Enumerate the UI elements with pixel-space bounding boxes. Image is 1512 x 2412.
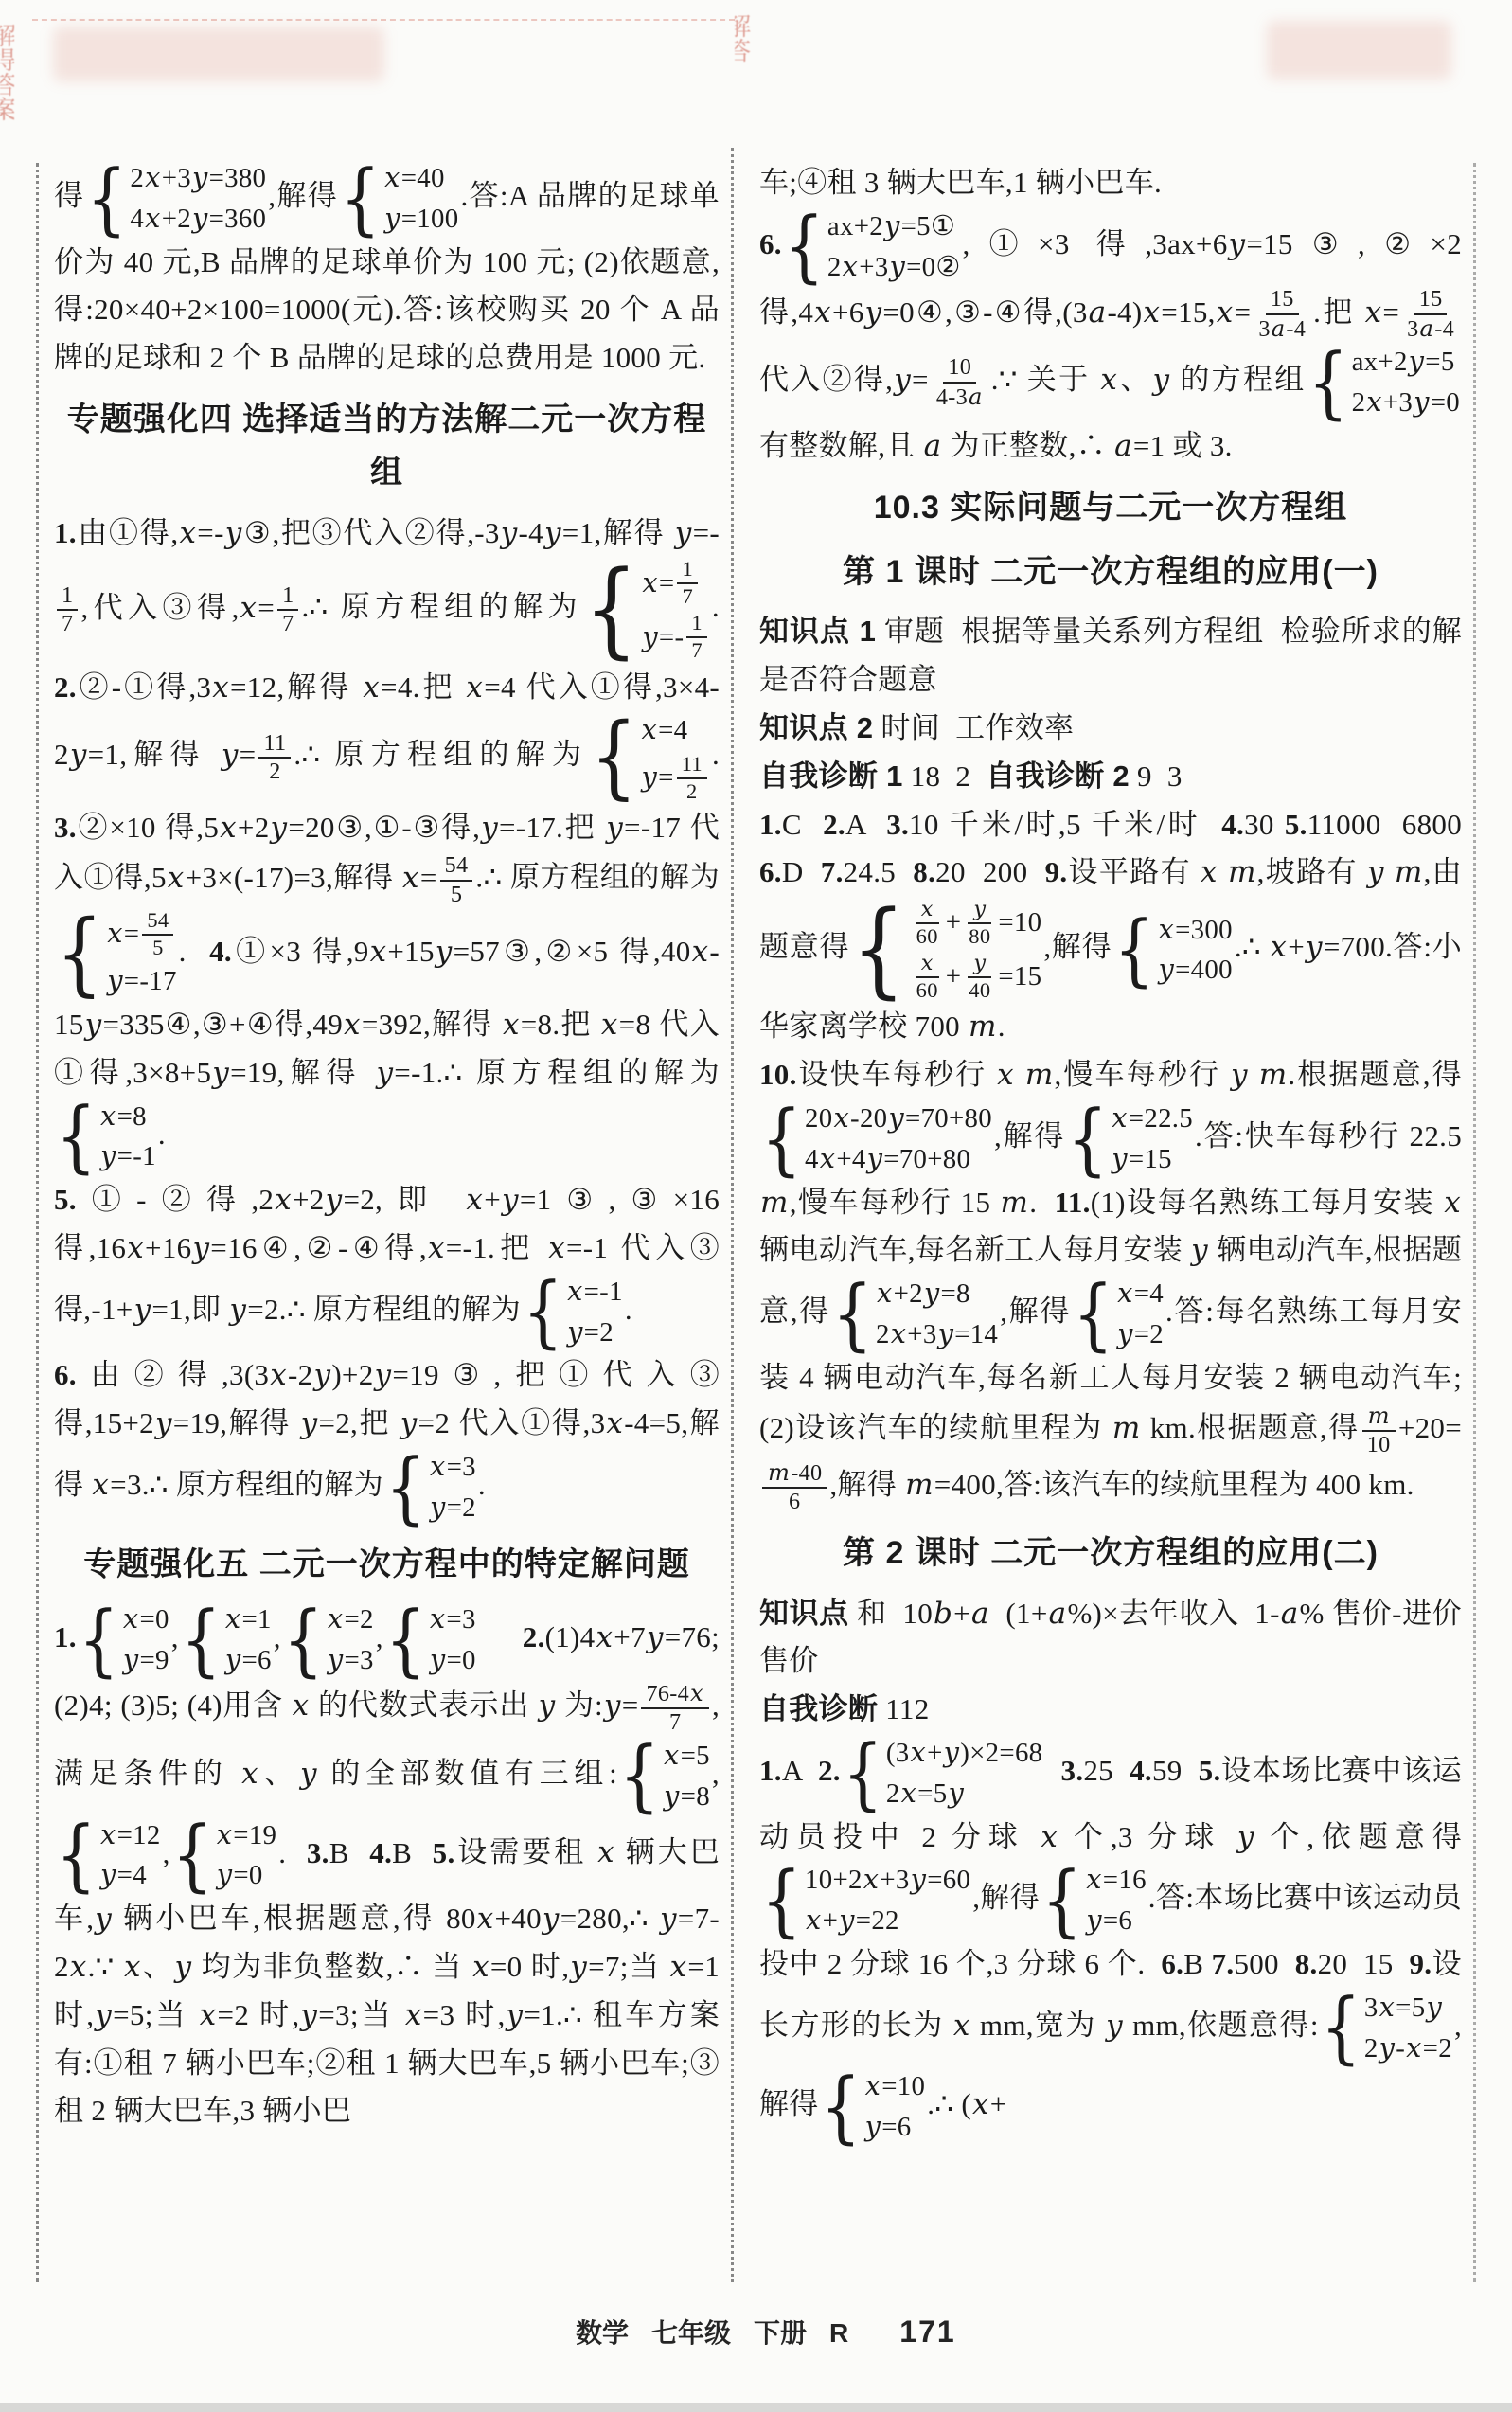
answer-text: 11000 6800 xyxy=(1307,808,1462,841)
fraction: x60 xyxy=(912,897,943,949)
answer-paragraph: 1.由①得,x=-y③,把③代入②得,-3y-4y=1,解得 y=-17,代入③… xyxy=(54,509,720,1177)
equation-row: x=8 xyxy=(99,1098,147,1136)
equation-row: y=6 xyxy=(224,1641,272,1680)
answer-text: x=4 xyxy=(641,711,688,750)
equation-system: {ax+2y=52x+3y=0 xyxy=(1308,343,1460,422)
answer-text: y= xyxy=(641,759,674,797)
equation-row: 20x-20y=70+80 xyxy=(805,1099,992,1138)
equation-row: x=4 xyxy=(641,711,688,750)
answer-text xyxy=(478,1620,523,1653)
equation-system: {x=3y=0 xyxy=(385,1600,476,1680)
answer-text: 2y-x=2 xyxy=(1364,2029,1452,2068)
equation-row: y=0 xyxy=(216,1856,263,1895)
brace-glyph: { xyxy=(619,1742,660,1812)
brace-glyph: { xyxy=(56,1101,97,1171)
answer-paragraph: 知识点 2 时间 工作效率 xyxy=(759,705,1462,753)
red-bleed-dash-line xyxy=(32,19,735,21)
brace-glyph: { xyxy=(181,1605,222,1675)
answer-text: 20x-20y=70+80 xyxy=(805,1099,992,1138)
brace-glyph: { xyxy=(584,563,638,656)
answer-text: 112 xyxy=(878,1692,929,1725)
answer-text: 4x+2y=360 xyxy=(130,200,266,239)
footer-grade: 七年级 xyxy=(651,2313,731,2350)
equation-row: x=22.5 xyxy=(1111,1099,1193,1138)
equation-row: x60+y80=10 xyxy=(909,897,1042,949)
answer-paragraph: 6.{ax+2y=5①2x+3y=0②,①×3 得,3ax+6y=15③,②×2… xyxy=(759,207,1462,471)
equation-row: x=10 xyxy=(864,2067,926,2106)
equation-system: {(3x+y)×2=682x=5y xyxy=(843,1734,1043,1813)
fraction: m10 xyxy=(1362,1403,1396,1459)
answer-text: 25 xyxy=(1083,1754,1130,1787)
equation-system: {x=12y=4 xyxy=(56,1816,161,1896)
answer-text: x=300 xyxy=(1158,911,1233,950)
answer-paragraph: 1.{x=0y=9,{x=1y=6,{x=2y=3,{x=3y=0 2.(1)4… xyxy=(54,1600,720,2135)
equation-row: ax+2y=5① xyxy=(827,207,955,246)
equation-row: x=3 xyxy=(429,1600,476,1639)
answer-text: y=2 xyxy=(1116,1315,1164,1354)
answer-text: . xyxy=(179,935,209,968)
fraction: 17 xyxy=(677,557,698,609)
equation-row: y=6 xyxy=(864,2108,912,2147)
answer-label: 自我诊断 1 xyxy=(759,759,903,793)
answer-text: 20 15 xyxy=(1318,1947,1410,1980)
answer-text: 18 2 xyxy=(903,759,987,793)
answer-text: 10 千米/时,5 千米/时 xyxy=(909,808,1221,841)
answer-label: 7. xyxy=(821,855,844,888)
equation-system: {x=5y=8 xyxy=(619,1737,710,1816)
fraction: 153a-4 xyxy=(1402,286,1459,343)
answer-text: y=400 xyxy=(1158,951,1233,990)
brace-glyph: { xyxy=(79,1605,119,1675)
equation-system: {x=3y=2 xyxy=(385,1448,476,1528)
answer-text: 3x=5y xyxy=(1364,1989,1443,2028)
answer-paragraph: 5.①-②得,2x+2y=2,即 x+y=1③,③×16 得,16x+16y=1… xyxy=(54,1176,720,1351)
equation-system: {10+2x+3y=60x+y=22 xyxy=(761,1861,970,1940)
answer-text: ,解得 xyxy=(972,1881,1040,1914)
answer-text: x=3 xyxy=(429,1600,476,1639)
equation-row: 2x+3y=0 xyxy=(1352,384,1460,422)
answer-paragraph: 得{2x+3y=3804x+2y=360,解得{x=40y=100.答:A 品牌… xyxy=(54,159,720,383)
answer-label: 9. xyxy=(1409,1947,1432,1980)
brace-glyph: { xyxy=(761,1104,802,1174)
answer-label: 6. xyxy=(759,227,782,260)
answer-text: +20= xyxy=(1398,1411,1462,1444)
answer-text: y=0 xyxy=(429,1641,476,1680)
answer-label: 2. xyxy=(818,1754,841,1787)
answer-text: x=8 xyxy=(99,1098,147,1136)
answer-text: 和 10b+a (1+a%)×去年收入 1-a% 售价-进价 售价 xyxy=(759,1597,1462,1678)
answer-text: + xyxy=(946,904,962,942)
answer-text: y=-1 xyxy=(99,1137,156,1176)
column-divider-left xyxy=(36,163,39,2282)
answer-text: 2x+3y=0 xyxy=(1352,384,1460,422)
answer-text: ax+2y=5 xyxy=(1352,343,1455,382)
equation-row: y=2 xyxy=(566,1313,614,1352)
answer-text: x+2y=8 xyxy=(876,1275,970,1313)
answer-text: 代入②得,y= xyxy=(759,363,929,396)
brace-glyph: { xyxy=(851,903,905,996)
equation-row: x=545 xyxy=(106,908,176,960)
equation-system: {x=-1y=2 xyxy=(523,1273,623,1352)
column-divider-right xyxy=(1473,163,1476,2282)
answer-text: ,解得 m=400,答:该汽车的续航里程为 400 km. xyxy=(829,1468,1414,1501)
equation-system: {x+2y=82x+3y=14 xyxy=(832,1275,998,1354)
answer-text: (3x+y)×2=68 xyxy=(886,1734,1043,1773)
fraction: 545 xyxy=(142,908,173,960)
equation-system: {x=17y=-17 xyxy=(584,557,710,663)
answer-text: x=22.5 xyxy=(1111,1099,1193,1138)
red-margin-bleed-text: 解得答案 xyxy=(0,23,14,245)
brace-glyph: { xyxy=(1073,1279,1113,1349)
answer-text: 设快车每秒行 x m,慢车每秒行 y m.根据题意,得 xyxy=(797,1058,1462,1091)
answer-label: 1. xyxy=(759,808,782,841)
answer-text: 500 xyxy=(1234,1947,1294,1980)
equation-row: x=0 xyxy=(122,1600,169,1639)
section-heading: 专题强化五 二元一次方程中的特定解问题 xyxy=(54,1539,720,1592)
equation-system: {x=4y=2 xyxy=(1073,1275,1164,1354)
equation-system: {x=10y=6 xyxy=(821,2067,926,2147)
section-heading: 第 1 课时 二元一次方程组的应用(一) xyxy=(759,546,1462,599)
answer-label: 3. xyxy=(307,1835,329,1868)
page-number: 171 xyxy=(899,2314,955,2349)
equation-row: y=0 xyxy=(429,1641,476,1680)
equation-row: 2x=5y xyxy=(886,1775,965,1813)
fraction: 112 xyxy=(677,752,707,804)
equation-system: {x=0y=9 xyxy=(79,1600,169,1680)
answer-label: 4. xyxy=(1221,808,1244,841)
equation-row: 10+2x+3y=60 xyxy=(805,1861,970,1900)
section-heading: 10.3 实际问题与二元一次方程组 xyxy=(759,482,1462,535)
answer-label: 6. xyxy=(759,855,782,888)
fraction: 153a-4 xyxy=(1254,286,1310,343)
fraction: 104-3a xyxy=(932,354,988,411)
equation-row: x=300 xyxy=(1158,911,1233,950)
answer-text: B xyxy=(1183,1947,1211,1980)
fraction: 76-4x7 xyxy=(641,1680,708,1737)
equation-row: y=-17 xyxy=(106,962,176,1001)
equation-row: y=8 xyxy=(663,1778,710,1816)
brace-glyph: { xyxy=(1041,1866,1082,1936)
answer-text: A xyxy=(845,808,886,841)
answer-label: 3. xyxy=(54,811,77,844)
equation-row: y=-17 xyxy=(641,611,710,663)
answer-text: y=9 xyxy=(122,1641,169,1680)
answer-label: 知识点 2 xyxy=(759,711,873,744)
answer-label: 6. xyxy=(54,1358,77,1391)
brace-glyph: { xyxy=(761,1866,802,1936)
answer-label: 11. xyxy=(1055,1186,1091,1219)
footer-volume: 下册 xyxy=(754,2313,807,2350)
answer-text: , xyxy=(712,1757,720,1790)
fraction: x60 xyxy=(912,951,943,1003)
answer-text: 2x+3y=0② xyxy=(827,248,961,287)
answer-text: x=10 xyxy=(864,2067,926,2106)
equation-system: {x=300y=400 xyxy=(1113,911,1232,991)
answer-text: .∴ 原方程组的解为 xyxy=(301,591,582,624)
answer-text: ,解得 xyxy=(994,1119,1065,1152)
answer-text: y=6 xyxy=(1085,1902,1132,1940)
equation-row: x=5 xyxy=(663,1737,710,1776)
answer-text: =15 xyxy=(998,958,1041,996)
brace-glyph: { xyxy=(1113,915,1154,985)
answer-text: ,解得 xyxy=(1000,1295,1071,1328)
brace-glyph: { xyxy=(1067,1104,1108,1174)
answer-column-right: 车;④租 3 辆大巴车,1 辆小巴车.6.{ax+2y=5①2x+3y=0②,①… xyxy=(759,159,1462,2314)
red-bleed-smudge xyxy=(1267,21,1451,80)
answer-text: , xyxy=(376,1620,383,1653)
answer-text: 2x+3y=380 xyxy=(130,159,266,198)
answer-text: . xyxy=(278,1835,307,1868)
brace-glyph: { xyxy=(340,164,381,234)
equation-row: y=4 xyxy=(99,1856,147,1895)
answer-text: y=- xyxy=(641,618,684,657)
answer-text: y=8 xyxy=(663,1778,710,1816)
equation-system: {x=2y=3 xyxy=(283,1600,374,1680)
answer-text: 20 200 xyxy=(935,855,1044,888)
answer-text: 得 xyxy=(54,179,84,212)
footer-subject: 数学 xyxy=(576,2313,629,2350)
answer-text: C xyxy=(782,808,823,841)
answer-text: y=6 xyxy=(224,1641,272,1680)
answer-label: 5. xyxy=(1285,808,1307,841)
equation-system: {x=40y=100 xyxy=(340,159,458,239)
equation-row: 2x+3y=14 xyxy=(876,1315,998,1354)
answer-label: 3. xyxy=(1061,1754,1084,1787)
answer-text: . xyxy=(158,1117,166,1150)
brace-glyph: { xyxy=(590,717,637,798)
answer-text: x= xyxy=(641,564,674,603)
answer-text: . xyxy=(712,738,720,771)
answer-text: x+y=22 xyxy=(805,1902,899,1940)
answer-text: y=-17 xyxy=(106,962,176,1001)
equation-row: x=17 xyxy=(641,557,701,609)
answer-text: 30 xyxy=(1244,808,1285,841)
answer-paragraph: 自我诊断 112 xyxy=(759,1686,1462,1734)
equation-row: x=-1 xyxy=(566,1273,623,1312)
answer-text: 10+2x+3y=60 xyxy=(805,1861,970,1900)
answer-label: 3. xyxy=(886,808,909,841)
answer-text: x=16 xyxy=(1085,1861,1147,1900)
brace-glyph: { xyxy=(56,914,103,995)
equation-system: {20x-20y=70+804x+4y=70+80 xyxy=(761,1099,992,1179)
answer-text: x=-1 xyxy=(566,1273,623,1312)
answer-paragraph: 车;④租 3 辆大巴车,1 辆小巴车. xyxy=(759,159,1462,207)
red-bleed-smudge xyxy=(53,27,384,81)
answer-text: x=1 xyxy=(224,1600,272,1639)
answer-text: y=0 xyxy=(216,1856,263,1895)
equation-system: {x=8y=-1 xyxy=(56,1098,156,1177)
answer-text: .把 x= xyxy=(1313,295,1399,329)
equation-row: x60+y40=15 xyxy=(909,951,1042,1003)
equation-row: x=3 xyxy=(429,1448,476,1487)
section-heading: 第 2 课时 二元一次方程组的应用(二) xyxy=(759,1528,1462,1581)
answer-label: 8. xyxy=(913,855,935,888)
answer-label: 1. xyxy=(54,516,77,549)
answer-label: 1. xyxy=(759,1754,782,1787)
equation-row: y=400 xyxy=(1158,951,1233,990)
answer-text: A xyxy=(782,1754,818,1787)
answer-label: 9. xyxy=(1045,855,1068,888)
answer-text: 2x=5y xyxy=(886,1775,965,1813)
answer-text: x=4 xyxy=(1116,1275,1164,1313)
answer-label: 8. xyxy=(1295,1947,1318,1980)
equation-system: {x=22.5y=15 xyxy=(1067,1099,1193,1179)
equation-system: {x=545y=-17 xyxy=(56,908,177,1001)
brace-glyph: { xyxy=(385,1453,426,1523)
answer-text: x=5 xyxy=(663,1737,710,1776)
answer-text: B xyxy=(329,1835,370,1868)
equation-row: x+y=22 xyxy=(805,1902,899,1940)
answer-text: ,解得 xyxy=(268,179,338,212)
equation-row: x=4 xyxy=(1116,1275,1164,1313)
answer-text: . xyxy=(625,1293,632,1326)
equation-row: 4x+4y=70+80 xyxy=(805,1140,970,1179)
brace-glyph: { xyxy=(1321,1993,1361,2064)
equation-system: {2x+3y=3804x+2y=360 xyxy=(86,159,266,239)
answer-label: 10. xyxy=(759,1058,797,1091)
answer-text: + xyxy=(946,958,962,996)
fraction: y40 xyxy=(964,951,995,1003)
answer-text: x=3 xyxy=(429,1448,476,1487)
answer-text: y=3 xyxy=(327,1641,374,1680)
answer-label: 1. xyxy=(54,1620,77,1653)
section-heading: 专题强化四 选择适当的方法解二元一次方程组 xyxy=(54,394,720,500)
answer-text: 有整数解,且 a 为正整数,∴ a=1 或 3. xyxy=(759,429,1233,462)
answer-text: 由①得,x=-y③,把③代入②得,-3y-4y=1,解得 y=- xyxy=(77,516,720,549)
answer-text: . xyxy=(712,591,720,624)
equation-row: y=9 xyxy=(122,1641,169,1680)
answer-text: . xyxy=(478,1468,486,1501)
answer-text: x=2 xyxy=(327,1600,374,1639)
answer-text: 4x+4y=70+80 xyxy=(805,1140,970,1179)
brace-glyph: { xyxy=(385,1605,426,1675)
brace-glyph: { xyxy=(821,2072,862,2142)
answer-text: .∴ (x+ xyxy=(927,2087,1006,2120)
answer-label: 2. xyxy=(523,1620,545,1653)
answer-label: 5. xyxy=(433,1835,455,1868)
equation-row: y=2 xyxy=(1116,1315,1164,1354)
answer-paragraph: 知识点 1 审题 根据等量关系列方程组 检验所求的解是否符合题意 xyxy=(759,608,1462,705)
equation-system: {3x=5y2y-x=2 xyxy=(1321,1989,1452,2068)
brace-glyph: { xyxy=(784,212,825,282)
equation-row: y=-1 xyxy=(99,1137,156,1176)
answer-text: .∵ 关于 x、y 的方程组 xyxy=(991,363,1307,396)
answer-text: y=15 xyxy=(1111,1140,1172,1179)
equation-row: y=2 xyxy=(429,1489,476,1528)
answer-label: 5. xyxy=(54,1183,77,1216)
answer-text: .∴ 原方程组的解为 xyxy=(294,738,588,771)
answer-text: 24.5 xyxy=(844,855,914,888)
page-footer: 数学 七年级 下册 R 171 xyxy=(576,2313,956,2350)
answer-key-page: 解得答案 解答 得{2x+3y=3804x+2y=360,解得{x=40y=10… xyxy=(0,0,1512,2412)
equation-row: 3x=5y xyxy=(1364,1989,1443,2028)
answer-label: 4. xyxy=(209,935,232,968)
equation-system: {x=1y=6 xyxy=(181,1600,272,1680)
brace-glyph: { xyxy=(843,1739,883,1809)
answer-label: 自我诊断 xyxy=(759,1692,878,1725)
equation-row: x=40 xyxy=(383,159,445,198)
footer-edition: R xyxy=(829,2318,848,2349)
fraction: y80 xyxy=(964,897,995,949)
brace-glyph: { xyxy=(832,1279,873,1349)
answer-paragraph: 1.C 2.A 3.10 千米/时,5 千米/时 4.30 5.11000 68… xyxy=(759,801,1462,1052)
answer-paragraph: 10.设快车每秒行 x m,慢车每秒行 y m.根据题意,得{20x-20y=7… xyxy=(759,1051,1462,1516)
answer-text: B xyxy=(392,1835,433,1868)
brace-glyph: { xyxy=(86,164,127,234)
equation-row: ax+2y=5 xyxy=(1352,343,1455,382)
answer-label: 4. xyxy=(369,1835,392,1868)
equation-row: 2x+3y=380 xyxy=(130,159,266,198)
answer-text: y=6 xyxy=(864,2108,912,2147)
equation-row: 2x+3y=0② xyxy=(827,248,961,287)
answer-paragraph: 自我诊断 1 18 2 自我诊断 2 9 3 xyxy=(759,753,1462,801)
fraction: m-406 xyxy=(762,1459,827,1516)
equation-row: y=112 xyxy=(641,752,710,804)
answer-text: 59 xyxy=(1152,1754,1199,1787)
brace-glyph: { xyxy=(172,1820,213,1890)
fraction: 17 xyxy=(277,582,298,638)
answer-column-left: 得{2x+3y=3804x+2y=360,解得{x=40y=100.答:A 品牌… xyxy=(54,159,720,2314)
answer-text: , xyxy=(274,1620,281,1653)
equation-row: x=1 xyxy=(224,1600,272,1639)
answer-label: 4. xyxy=(1130,1754,1152,1787)
equation-row: 4x+2y=360 xyxy=(130,200,266,239)
answer-text: y=2 xyxy=(429,1489,476,1528)
fraction: 17 xyxy=(57,582,78,638)
fraction: 545 xyxy=(440,852,473,908)
brace-glyph: { xyxy=(523,1277,563,1348)
equation-system: {ax+2y=5①2x+3y=0② xyxy=(784,207,961,287)
column-divider-center xyxy=(731,148,734,2282)
answer-text: y=2 xyxy=(566,1313,614,1352)
answer-text: , xyxy=(171,1620,179,1653)
answer-text: D xyxy=(782,855,821,888)
equation-row: 2y-x=2 xyxy=(1364,2029,1452,2068)
answer-text: ,代入③得,x= xyxy=(80,591,275,624)
answer-text: .∴ 原方程组的解为 xyxy=(475,861,720,894)
red-margin-bleed-text: 解答 xyxy=(735,13,755,103)
answer-paragraph: 6.由②得,3(3x-2y)+2y=19③,把①代入③得,15+2y=19,解得… xyxy=(54,1351,720,1527)
equation-system: {x=19y=0 xyxy=(172,1816,277,1896)
answer-text: , xyxy=(163,1835,170,1868)
answer-label: 5. xyxy=(1199,1754,1221,1787)
answer-text: x= xyxy=(106,915,139,954)
answer-text: x=19 xyxy=(216,1816,277,1855)
answer-label: 2. xyxy=(54,670,77,704)
answer-text: y=4 xyxy=(99,1856,147,1895)
equation-row: y=3 xyxy=(327,1641,374,1680)
equation-row: (3x+y)×2=68 xyxy=(886,1734,1043,1773)
answer-text: y=100 xyxy=(383,200,458,239)
answer-label: 知识点 xyxy=(759,1597,849,1630)
equation-system: {x=16y=6 xyxy=(1041,1861,1147,1940)
answer-text: 时间 工作效率 xyxy=(873,711,1074,744)
answer-label: 6. xyxy=(1161,1947,1183,1980)
answer-text: =10 xyxy=(998,904,1041,942)
equation-row: y=15 xyxy=(1111,1140,1172,1179)
answer-text xyxy=(1044,1754,1060,1787)
equation-row: x=16 xyxy=(1085,1861,1147,1900)
answer-text: x=12 xyxy=(99,1816,161,1855)
answer-text: ,解得 xyxy=(1043,930,1112,963)
answer-text: 9 3 xyxy=(1130,759,1183,793)
brace-glyph: { xyxy=(1308,348,1349,418)
answer-label: 自我诊断 2 xyxy=(986,759,1130,793)
answer-paragraph: 1.A 2.{(3x+y)×2=682x=5y 3.25 4.59 5.设本场比… xyxy=(759,1734,1462,2147)
equation-row: x=19 xyxy=(216,1816,277,1855)
brace-glyph: { xyxy=(56,1820,97,1890)
answer-text: ax+2y=5① xyxy=(827,207,955,246)
